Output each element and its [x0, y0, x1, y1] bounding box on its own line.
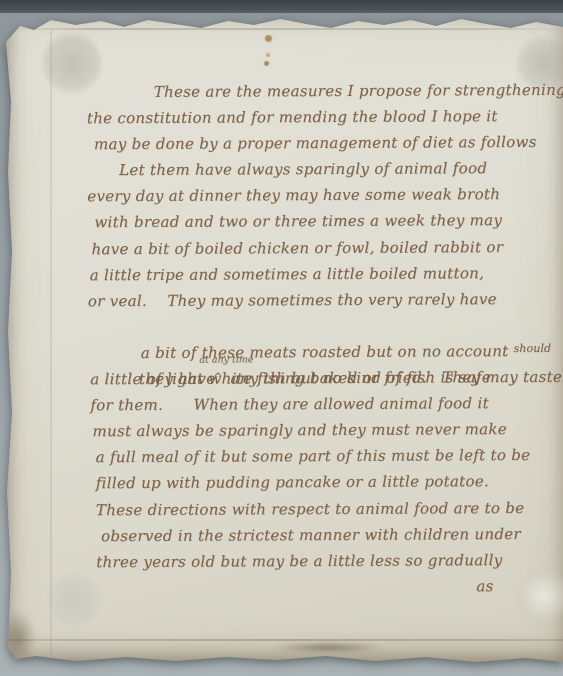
insertion-text: at any time — [199, 347, 253, 373]
background-top-band — [0, 0, 563, 13]
manuscript-line: or veal. They may sometimes tho very rar… — [86, 286, 556, 315]
photograph-scene: These are the measures I propose for str… — [0, 0, 563, 676]
smudge-bottom-edge — [271, 642, 386, 653]
interlinear-insertion: at any time^ — [215, 369, 225, 384]
manuscript-line: have a bit of boiled chicken or fowl, bo… — [85, 233, 555, 262]
manuscript-line: filled up with pudding pancake or a litt… — [87, 468, 557, 497]
foxing-dot — [266, 53, 270, 57]
fold-crease-vertical — [50, 30, 52, 654]
foxing-dot — [264, 61, 269, 66]
manuscript-line: every day at dinner they may have some w… — [85, 181, 555, 210]
manuscript-line: must always be sparingly and they must n… — [86, 416, 556, 445]
fold-crease-bottom — [6, 639, 563, 641]
foxing-dot — [265, 35, 272, 42]
manuscript-line: Let them have always sparingly of animal… — [85, 155, 555, 184]
manuscript-line: a bit of these meats roasted but on no a… — [86, 312, 556, 341]
manuscript-line: may be done by a proper management of di… — [85, 129, 555, 158]
manuscript-line: These directions with respect to animal … — [87, 494, 557, 523]
manuscript-line: three years old but may be a little less… — [87, 546, 557, 575]
manuscript-line: observed in the strictest manner with ch… — [87, 520, 557, 549]
fold-crease-top — [6, 28, 563, 30]
manuscript-line: a full meal of it but some part of this … — [87, 442, 557, 471]
manuscript-line-text: a bit of these meats roasted but on no a… — [141, 342, 514, 362]
manuscript-line: a little of light white fish but no kind… — [86, 364, 556, 393]
manuscript-line: a little tripe and sometimes a little bo… — [86, 259, 556, 288]
insertion-caret: ^ — [213, 364, 223, 390]
manuscript-line: with bread and two or three times a week… — [85, 207, 555, 236]
manuscript-page: These are the measures I propose for str… — [6, 12, 563, 662]
manuscript-text-block: These are the measures I propose for str… — [85, 77, 558, 601]
catchword: as — [87, 573, 557, 602]
browned-corner-bottom-left — [6, 610, 36, 662]
manuscript-line: for them. When they are allowed animal f… — [86, 390, 556, 419]
raised-small-word: should — [514, 342, 552, 355]
manuscript-line: the constitution and for mending the blo… — [85, 103, 555, 132]
manuscript-line: These are the measures I propose for str… — [85, 77, 555, 106]
